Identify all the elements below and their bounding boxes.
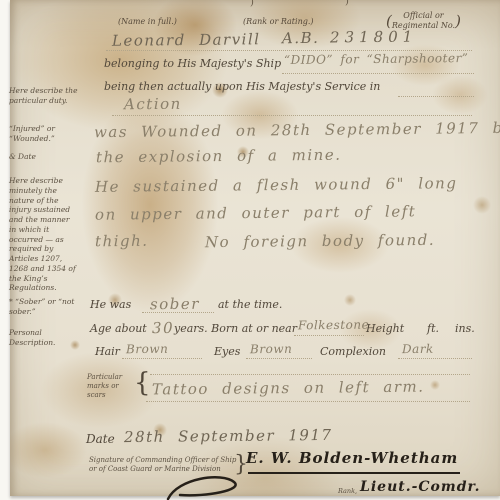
printed-ship-line: belonging to His Majesty's Ship: [104, 57, 281, 70]
printed-eyes: Eyes: [214, 345, 240, 358]
entry-rule: [150, 374, 470, 375]
printed-he-was: He was: [90, 298, 131, 311]
signature-flourish-icon: [160, 474, 290, 500]
entry-hair: Brown: [126, 342, 168, 356]
entry-official-number: 231801: [330, 28, 417, 47]
printed-ft: ft.: [427, 322, 439, 335]
printed-at-the-time: at the time.: [218, 298, 282, 311]
entry-cause-line: the explosion of a mine.: [96, 146, 342, 167]
entry-sober: sober: [150, 295, 200, 314]
entry-marks: Tattoo designs on left arm.: [152, 378, 425, 399]
entry-injury-line3: thigh.: [95, 232, 149, 251]
printed-rank: Rank,: [338, 487, 357, 495]
margin-date-note: & Date: [9, 152, 69, 162]
official-label-line1: Official or: [403, 11, 443, 20]
entry-complexion: Dark: [402, 342, 434, 356]
printed-complexion: Complexion: [320, 345, 386, 358]
entry-injury-line2: on upper and outer part of left: [95, 202, 416, 223]
rank-column-label: (Rank or Rating.): [243, 17, 314, 26]
margin-duty-note: Here describe the particular duty.: [9, 86, 81, 106]
screenshot-root: { "glyphs": { "paren_open": "(", "paren_…: [0, 0, 500, 500]
margin-injury-regulations-note: Here describe minutely the nature of the…: [9, 176, 77, 293]
printed-ins: ins.: [455, 322, 475, 335]
entry-age: 30: [152, 319, 174, 337]
margin-injured-note: “Injured” or “Wounded.”: [9, 124, 81, 144]
entry-injury-line1: He sustained a flesh wound 6" long: [95, 174, 458, 196]
entry-name: Leonard Darvill: [112, 30, 261, 50]
margin-marks-note: Particular marks or scars: [87, 373, 137, 400]
entry-service-in: Action: [124, 95, 182, 114]
entry-rule: [112, 115, 472, 116]
printed-years-born: years. Born at or near: [174, 322, 297, 335]
printed-date: Date: [86, 432, 115, 446]
cutoff-fragment: ): [345, 0, 349, 7]
signature-label: Signature of Commanding Officer of Ship …: [89, 456, 237, 474]
paren-close: ): [455, 12, 461, 30]
entry-injury-line4: No foreign body found.: [205, 231, 435, 251]
entry-signature: E. W. Bolden-Whetham: [246, 449, 458, 467]
margin-sober-note: * “Sober” or “not sober.”: [9, 297, 81, 317]
entry-rank: Lieut.-Comdr.: [360, 479, 480, 495]
entry-eyes: Brown: [250, 342, 292, 356]
printed-service-line: being then actually upon His Majesty's S…: [104, 80, 380, 93]
printed-age-about: Age about: [90, 322, 147, 335]
entry-rule: [282, 73, 474, 74]
entry-rule: [398, 358, 472, 359]
entry-date: 28th September 1917: [124, 426, 333, 446]
margin-personal-description-note: Personal Description.: [9, 328, 81, 348]
name-column-label: (Name in full.): [118, 17, 177, 26]
entry-rating: A.B.: [282, 29, 320, 47]
entry-rule: [146, 401, 470, 402]
entry-rule: [294, 335, 364, 336]
entry-rule: [246, 358, 312, 359]
entry-rule: [122, 358, 202, 359]
printed-hair: Hair: [95, 345, 120, 358]
printed-height: Height: [366, 322, 404, 335]
cutoff-fragment: ): [250, 0, 254, 8]
entry-rule: [142, 312, 214, 313]
marks-brace: {: [134, 368, 151, 398]
entry-ship: “DIDO” for “Sharpshooter”: [284, 51, 469, 67]
entry-rule: [398, 96, 474, 97]
entry-birthplace: Folkestone: [298, 318, 369, 333]
